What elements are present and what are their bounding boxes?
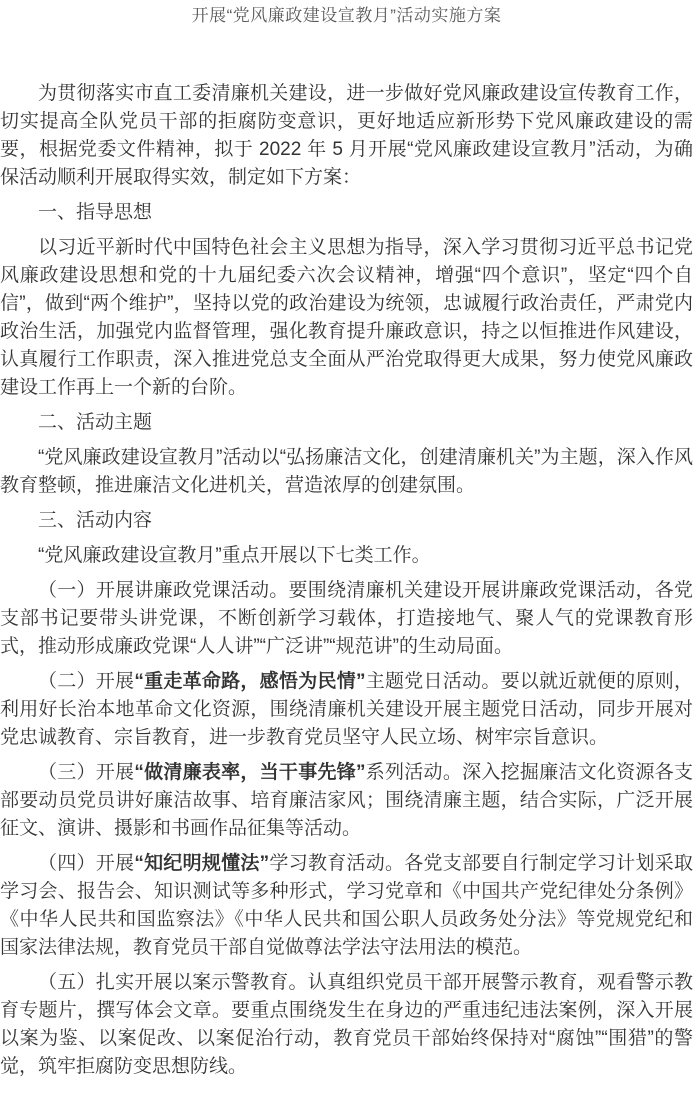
text-segment: “党风廉政建设宣教月”重点开展以下七类工作。 xyxy=(38,545,431,566)
text-segment: 二、活动主题 xyxy=(38,412,152,433)
text-segment: （一）开展讲廉政党课活动。要围绕清廉机关建设开展讲廉政党课活动，各党支部书记要带… xyxy=(0,580,693,657)
section-heading: 一、指导思想 xyxy=(0,199,693,227)
paragraph: 以习近平新时代中国特色社会主义思想为指导，深入学习贯彻习近平总书记党风廉政建设思… xyxy=(0,234,693,402)
emphasized-text: “做清廉表率，当干事先锋” xyxy=(134,762,365,783)
paragraph: （一）开展讲廉政党课活动。要围绕清廉机关建设开展讲廉政党课活动，各党支部书记要带… xyxy=(0,577,693,661)
text-segment: （五）扎实开展以案示警教育。认真组织党员干部开展警示教育，观看警示教育专题片，撰… xyxy=(0,972,693,1077)
text-segment: “党风廉政建设宣教月”活动以“弘扬廉洁文化，创建清廉机关”为主题，深入作风教育整… xyxy=(0,447,693,496)
emphasized-text: “知纪明规懂法” xyxy=(134,853,269,874)
document-page: 开展“党风廉政建设宣教月”活动实施方案 为贯彻落实市直工委清廉机关建设，进一步做… xyxy=(0,0,693,1097)
text-segment: 三、活动内容 xyxy=(38,510,152,531)
text-segment: （四）开展 xyxy=(38,853,134,874)
section-heading: 二、活动主题 xyxy=(0,409,693,437)
paragraph: “党风廉政建设宣教月”活动以“弘扬廉洁文化，创建清廉机关”为主题，深入作风教育整… xyxy=(0,444,693,500)
paragraph: （五）扎实开展以案示警教育。认真组织党员干部开展警示教育，观看警示教育专题片，撰… xyxy=(0,969,693,1081)
text-segment: （二）开展 xyxy=(38,671,134,692)
paragraph: “党风廉政建设宣教月”重点开展以下七类工作。 xyxy=(0,542,693,570)
paragraph: 为贯彻落实市直工委清廉机关建设，进一步做好党风廉政建设宣传教育工作，切实提高全队… xyxy=(0,80,693,192)
text-segment: 为贯彻落实市直工委清廉机关建设，进一步做好党风廉政建设宣传教育工作，切实提高全队… xyxy=(0,83,693,188)
paragraph: （二）开展“重走革命路，感悟为民情”主题党日活动。要以就近就便的原则，利用好长治… xyxy=(0,668,693,752)
document-body: 为贯彻落实市直工委清廉机关建设，进一步做好党风廉政建设宣传教育工作，切实提高全队… xyxy=(0,80,693,1081)
text-segment: （三）开展 xyxy=(38,762,134,783)
emphasized-text: “重走革命路，感悟为民情” xyxy=(134,671,365,692)
paragraph: （三）开展“做清廉表率，当干事先锋”系列活动。深入挖掘廉洁文化资源各支部要动员党… xyxy=(0,759,693,843)
text-segment: 一、指导思想 xyxy=(38,202,152,223)
section-heading: 三、活动内容 xyxy=(0,507,693,535)
document-title: 开展“党风廉政建设宣教月”活动实施方案 xyxy=(0,4,693,28)
text-segment: 以习近平新时代中国特色社会主义思想为指导，深入学习贯彻习近平总书记党风廉政建设思… xyxy=(0,237,693,398)
paragraph: （四）开展“知纪明规懂法”学习教育活动。各党支部要自行制定学习计划采取学习会、报… xyxy=(0,850,693,962)
